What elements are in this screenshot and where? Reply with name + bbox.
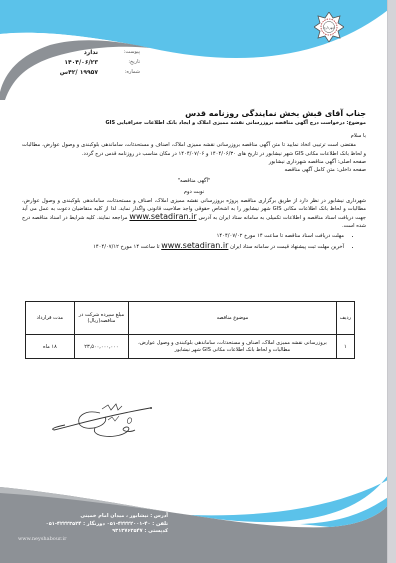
header-deposit-amount: مبلغ سپرده شرکت در مناقصه(ریال) — [74, 302, 128, 335]
request-paragraph: مقتضی است ترتیبی اتخاذ نمایید تا متن آگه… — [22, 141, 366, 157]
meta-value: ۱۹۹۵۷ /۴۲س — [40, 69, 112, 76]
setadiran-link[interactable]: www.setadiran.ir — [161, 241, 228, 250]
deadline-text: مهلت دریافت اسناد مناقصه تا ساعت ۱۴ مورخ… — [217, 233, 344, 239]
handwritten-signature-icon — [40, 395, 170, 445]
cell-subject: بروزرسانی نقشه ممیزی املاک، اصناف و مستح… — [129, 335, 337, 359]
meta-value: ۱۴۰۴/۰۶/۲۳ — [40, 59, 112, 66]
meta-number: شماره: ۱۹۹۵۷ /۴۲س — [40, 67, 140, 77]
municipality-logo-icon: شهرداری — [314, 12, 344, 42]
table-header-row: ردیف موضوع مناقصه مبلغ سپرده شرکت در منا… — [26, 302, 355, 335]
letter-body: جناب آقای قبش بخش نمایندگی روزنامه قدس م… — [22, 108, 366, 252]
cell-row-number: ۱ — [336, 335, 354, 359]
addressee: جناب آقای قبش بخش نمایندگی روزنامه قدس — [22, 108, 366, 119]
letter-page: شهرداری پیوست: ندارد تاریخ: ۱۴۰۴/۰۶/۲۳ ش… — [0, 0, 388, 563]
deadline-list: مهلت دریافت اسناد مناقصه تا ساعت ۱۴ مورخ… — [22, 232, 366, 252]
svg-text:شهرداری: شهرداری — [323, 26, 335, 30]
table-row: ۱ بروزرسانی نقشه ممیزی املاک، اصناف و مس… — [26, 335, 355, 359]
main-page-line: صفحه اصلی: آگهی مناقصه شهرداری نیشابور — [22, 158, 366, 166]
letter-subject: موضوع: درخواست درج آگهی مناقصه بروزرسانی… — [22, 119, 366, 127]
footer-website-link[interactable]: www.neyshabour.ir — [18, 536, 168, 544]
letter-meta: پیوست: ندارد تاریخ: ۱۴۰۴/۰۶/۲۳ شماره: ۱۹… — [40, 47, 140, 77]
greeting: با سلام — [22, 132, 366, 140]
deadline-item: مهلت دریافت اسناد مناقصه تا ساعت ۱۴ مورخ… — [22, 232, 344, 241]
meta-label: تاریخ: — [112, 59, 140, 65]
header-contract-duration: مدت قرارداد — [26, 302, 75, 335]
tender-table: ردیف موضوع مناقصه مبلغ سپرده شرکت در منا… — [25, 301, 355, 359]
footer-contact: آدرس : نیشابور ، میدان امام خمینی تلفن :… — [18, 513, 168, 543]
inner-page-line: صفحه داخلی: متن کامل آگهی مناقصه — [22, 166, 366, 174]
cell-deposit-amount: ۲۳,۵۰۰,۰۰۰,۰۰۰ — [74, 335, 128, 359]
setadiran-link[interactable]: www.setadiran.ir — [129, 212, 196, 221]
header-subject: موضوع مناقصه — [129, 302, 337, 335]
deadline-item: آخرین مهلت ثبت پیشنهاد قیمت در سامانه ست… — [22, 241, 344, 252]
deadline-text-after: تا ساعت ۱۴ مورخ ۱۴۰۴/۰۷/۱۲ — [93, 244, 159, 250]
header-row-number: ردیف — [336, 302, 354, 335]
notice-paragraph: شهرداری نیشابور در نظر دارد از طریق برگز… — [22, 197, 366, 231]
footer-address: آدرس : نیشابور ، میدان امام خمینی — [30, 513, 168, 521]
notice-title: "آگهی مناقصه" — [22, 177, 366, 185]
deadline-text: آخرین مهلت ثبت پیشنهاد قیمت در سامانه ست… — [230, 244, 344, 250]
meta-attachment: پیوست: ندارد — [40, 47, 140, 57]
footer-postal-code: کدپستی : ۹۳۱۳۷۶۳۵۴۷ — [30, 528, 168, 536]
cell-contract-duration: ۱۸ ماه — [26, 335, 75, 359]
meta-label: شماره: — [112, 69, 140, 75]
notice-round: نوبت دوم — [22, 188, 366, 196]
meta-label: پیوست: — [112, 49, 140, 55]
meta-date: تاریخ: ۱۴۰۴/۰۶/۲۳ — [40, 57, 140, 67]
meta-value: ندارد — [40, 49, 112, 56]
footer-phones: تلفن : ۴۰-۴۲۲۲۲۰۰۱-۰۵۱ دورنگار : ۴۲۲۲۳۵۲… — [30, 521, 168, 529]
